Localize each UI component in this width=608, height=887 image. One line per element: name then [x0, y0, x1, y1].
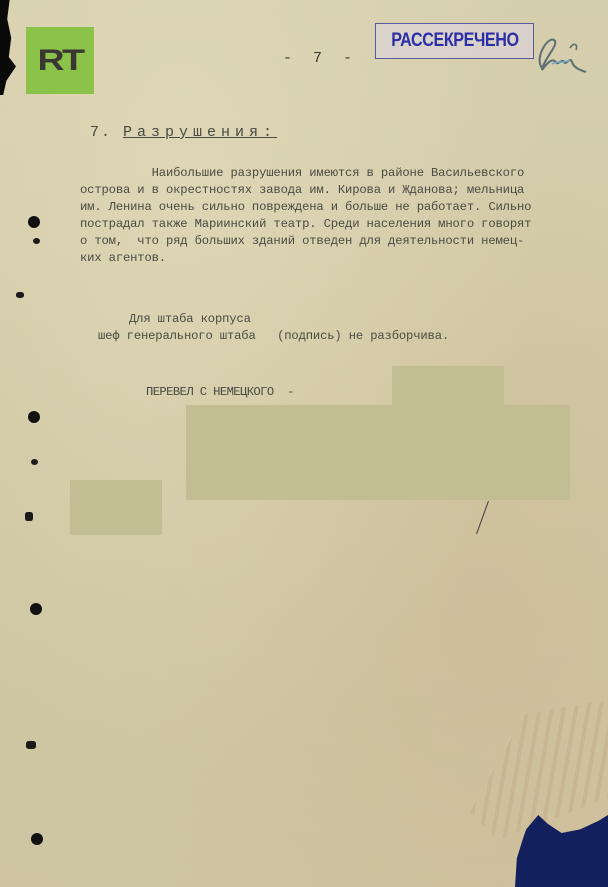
body-line: Наибольшие разрушения имеются в районе В…	[80, 165, 524, 182]
body-line: пострадал также Мариинский театр. Среди …	[80, 216, 531, 233]
redaction-box	[70, 480, 162, 535]
ink-speck	[16, 292, 24, 298]
signature-block-line2: шеф генерального штаба (подпись) не разб…	[98, 328, 449, 345]
punch-hole	[30, 603, 42, 615]
rt-logo: RT	[26, 27, 94, 94]
page-number: - 7 -	[283, 50, 358, 67]
translator-line: ПЕРЕВЕЛ С НЕМЕЦКОГО -	[146, 384, 294, 401]
body-line: ких агентов.	[80, 250, 166, 267]
redaction-box	[392, 366, 504, 406]
section-heading: 7. Разрушения:	[90, 124, 277, 141]
ink-speck	[31, 459, 38, 465]
rt-logo-text: RT	[38, 44, 83, 78]
punch-hole	[31, 833, 43, 845]
punch-hole	[28, 216, 40, 228]
ink-speck	[25, 512, 33, 521]
stamp-text: РАССЕКРЕЧЕНО	[391, 30, 518, 52]
body-line: острова и в окрестностях завода им. Киро…	[80, 182, 524, 199]
section-number: 7.	[90, 124, 112, 141]
body-line: им. Ленина очень сильно повреждена и бол…	[80, 199, 531, 216]
redaction-box	[186, 405, 570, 500]
signature-icon	[530, 28, 590, 78]
body-line: о том, что ряд больших зданий отведен дл…	[80, 233, 524, 250]
signature-block-line1: Для штаба корпуса	[129, 311, 251, 328]
punch-hole	[28, 411, 40, 423]
ink-speck	[26, 741, 36, 749]
section-title: Разрушения:	[123, 124, 277, 141]
declassified-stamp: РАССЕКРЕЧЕНО	[375, 23, 534, 59]
ink-speck	[33, 238, 40, 244]
